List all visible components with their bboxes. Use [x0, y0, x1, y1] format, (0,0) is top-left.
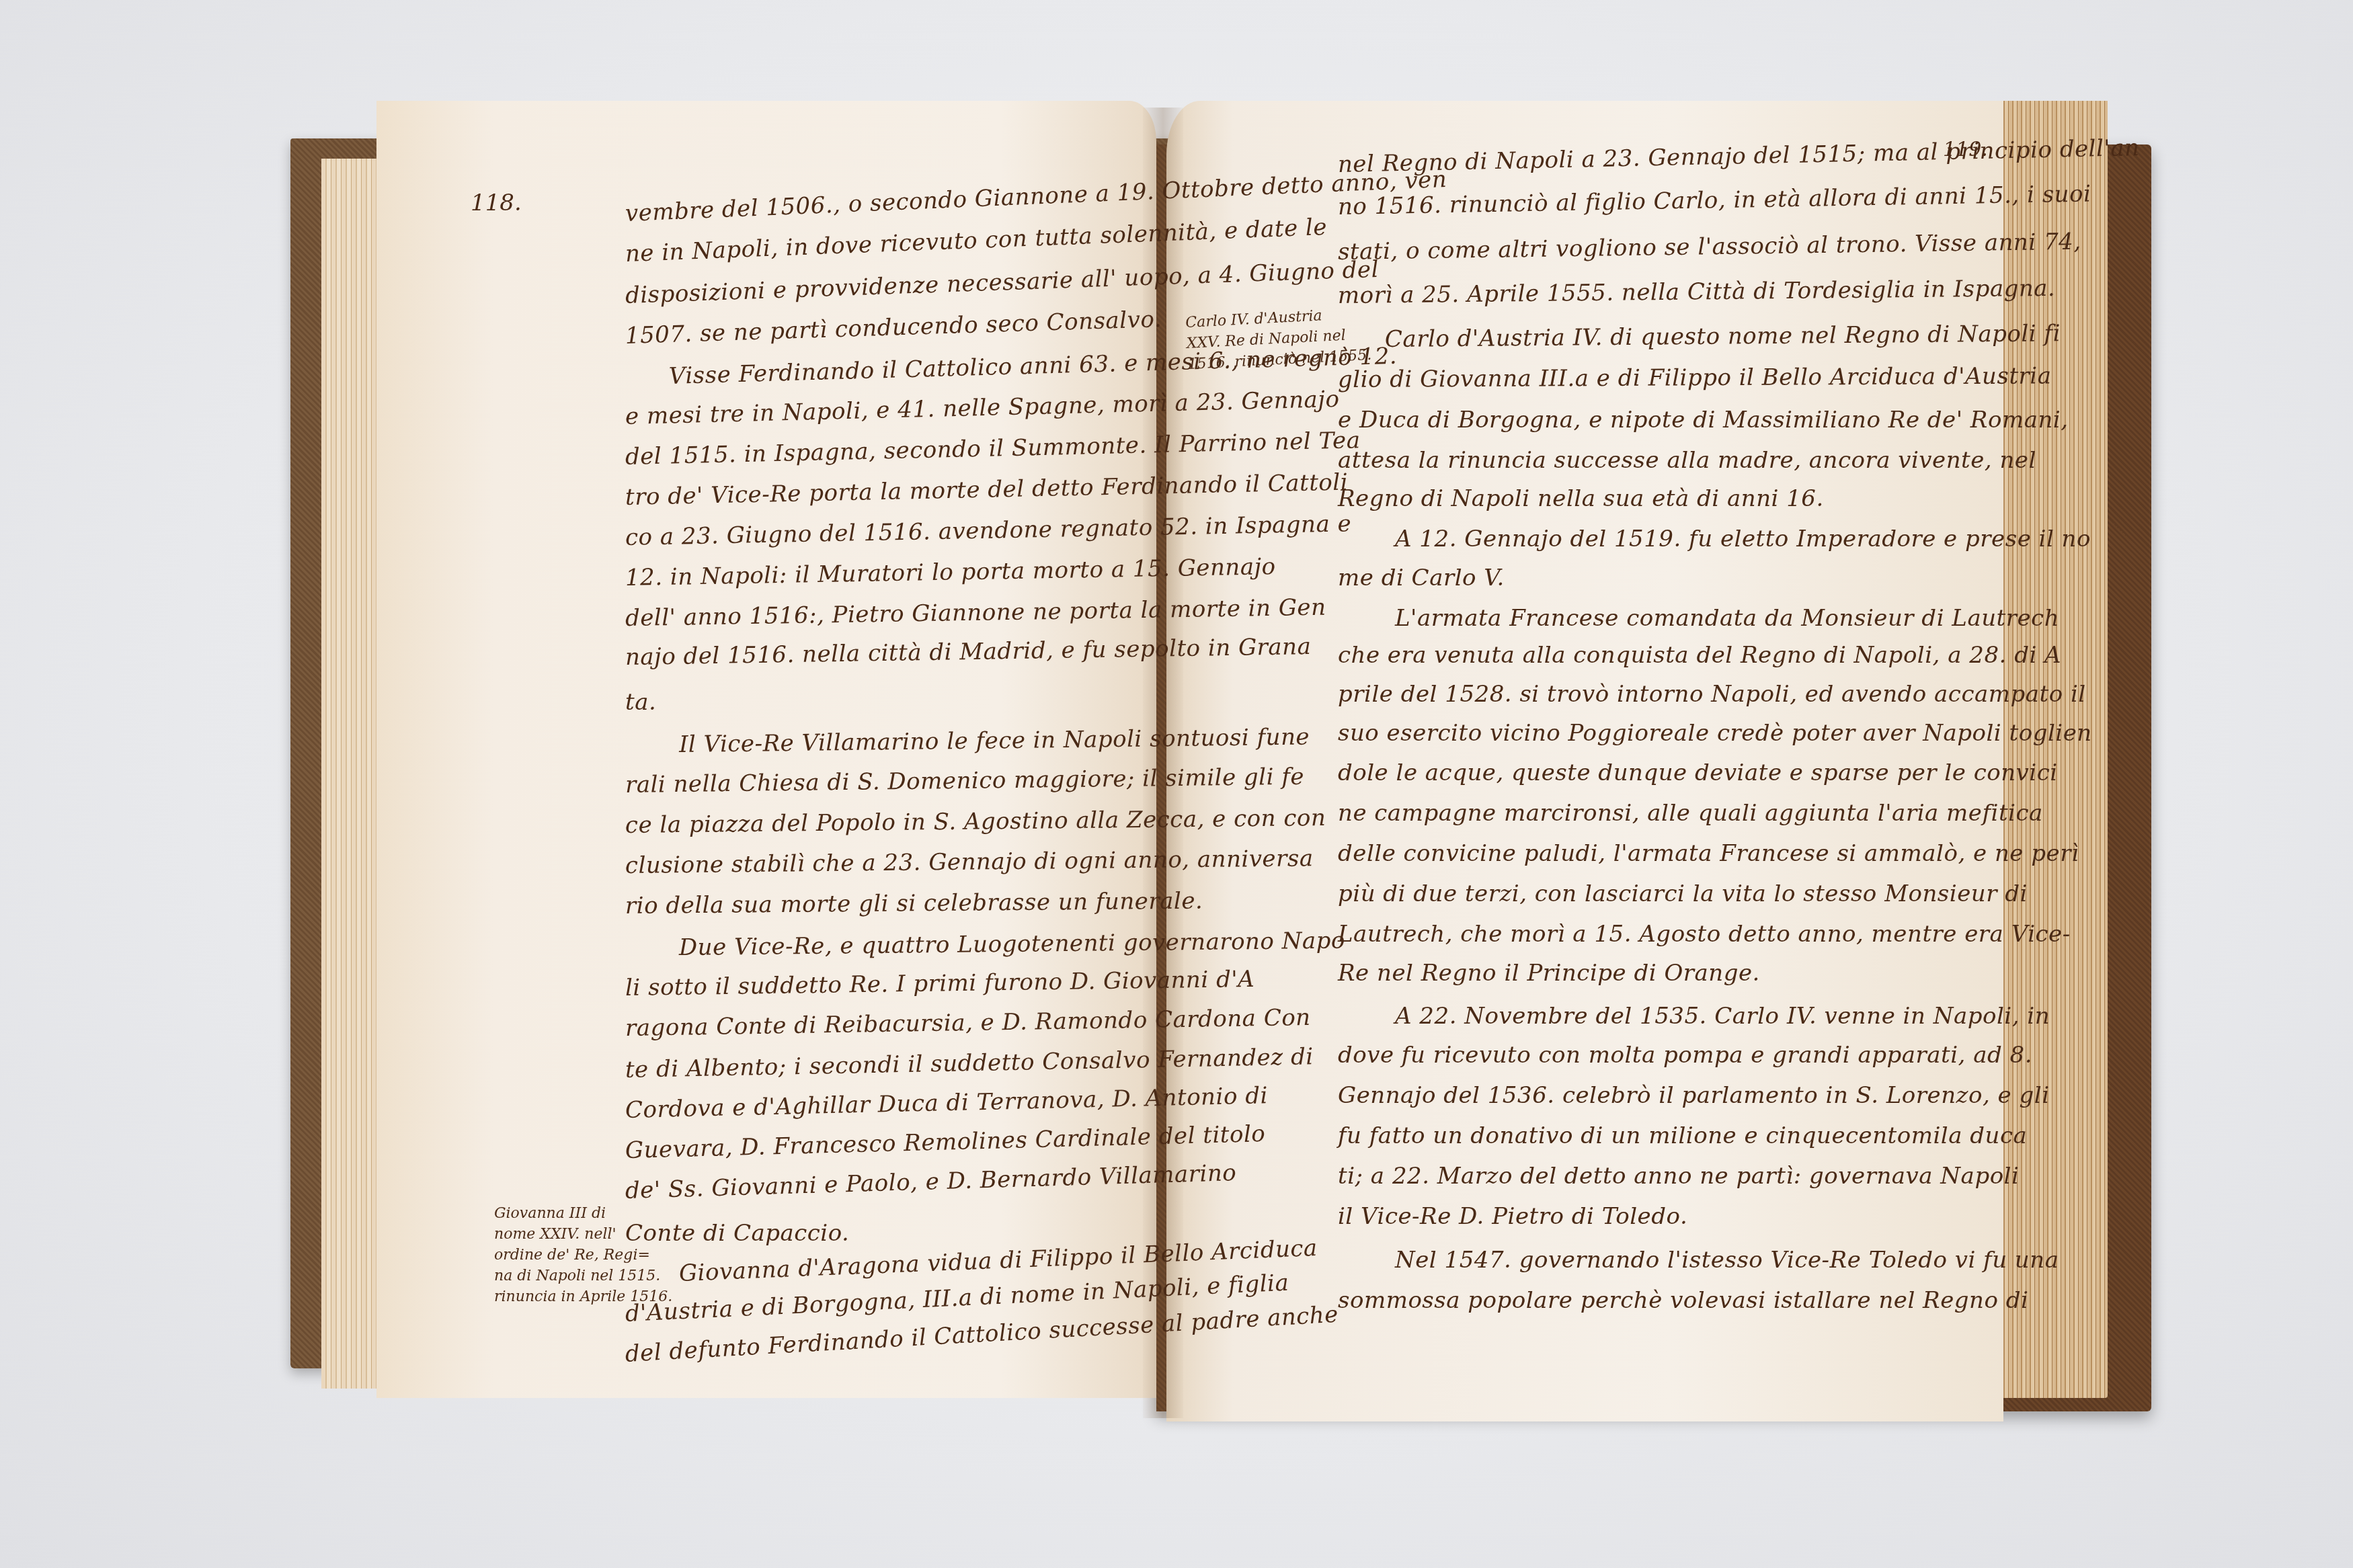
right-margin-note: Carlo IV. d'Austria XXV. Re di Napoli ne… — [1185, 303, 1372, 375]
text-line: suo esercito vicino Poggioreale credè po… — [1338, 720, 2092, 747]
text-line: dove fu ricevuto con molta pompa e grand… — [1338, 1042, 2032, 1069]
text-line: il Vice-Re D. Pietro di Toledo. — [1338, 1203, 1687, 1230]
text-line: ti; a 22. Marzo del detto anno ne partì:… — [1338, 1163, 2019, 1190]
text-line: e Duca di Borgogna, e nipote di Massimil… — [1338, 407, 2069, 434]
left-margin-note: Giovanna III di nome XXIV. nell' ordine … — [494, 1203, 672, 1307]
text-line: Regno di Napoli nella sua età di anni 16… — [1338, 485, 1824, 512]
text-line: Lautrech, che morì a 15. Agosto detto an… — [1338, 921, 2071, 948]
text-line: sommossa popolare perchè volevasi istall… — [1338, 1287, 2028, 1314]
text-line: A 22. Novembre del 1535. Carlo IV. venne… — [1395, 1003, 2050, 1030]
margin-note-line: Giovanna III di — [494, 1203, 672, 1224]
margin-note-line: ordine de' Re, Regi= — [494, 1245, 672, 1266]
text-line: Nel 1547. governando l'istesso Vice-Re T… — [1395, 1247, 2059, 1274]
margin-note-line: nome XXIV. nell' — [494, 1224, 672, 1245]
book-gutter — [1143, 108, 1183, 1418]
open-manuscript-book: 118. vembre del 1506., o secondo Giannon… — [0, 0, 2353, 1568]
text-line: che era venuta alla conquista del Regno … — [1338, 642, 2061, 669]
margin-note-line: na di Napoli nel 1515. — [494, 1266, 672, 1286]
text-line: A 12. Gennajo del 1519. fu eletto Impera… — [1395, 526, 2091, 552]
text-line: fu fatto un donativo di un milione e cin… — [1338, 1122, 2027, 1149]
text-line: ne campagne marcironsi, alle quali aggiu… — [1338, 800, 2043, 827]
text-line: attesa la rinuncia successe alla madre, … — [1338, 447, 2036, 474]
margin-note-line: rinuncia in Aprile 1516. — [494, 1286, 672, 1307]
text-line: me di Carlo V. — [1338, 565, 1505, 591]
text-line: più di due terzi, con lasciarci la vita … — [1338, 880, 2028, 907]
text-line: L'armata Francese comandata da Monsieur … — [1395, 605, 2059, 632]
text-line: delle convicine paludi, l'armata Frances… — [1338, 840, 2079, 867]
text-line: Re nel Regno il Principe di Orange. — [1338, 960, 1760, 987]
text-line: Gennajo del 1536. celebrò il parlamento … — [1338, 1082, 2050, 1109]
text-line: glio di Giovanna III.a e di Filippo il B… — [1338, 362, 2052, 393]
text-line: ta. — [625, 689, 656, 716]
text-line: rio della sua morte gli si celebrasse un… — [625, 888, 1203, 919]
text-line: dole le acque, queste dunque deviate e s… — [1338, 759, 2058, 786]
text-line: prile del 1528. si trovò intorno Napoli,… — [1338, 681, 2086, 708]
left-page-number: 118. — [471, 190, 522, 216]
